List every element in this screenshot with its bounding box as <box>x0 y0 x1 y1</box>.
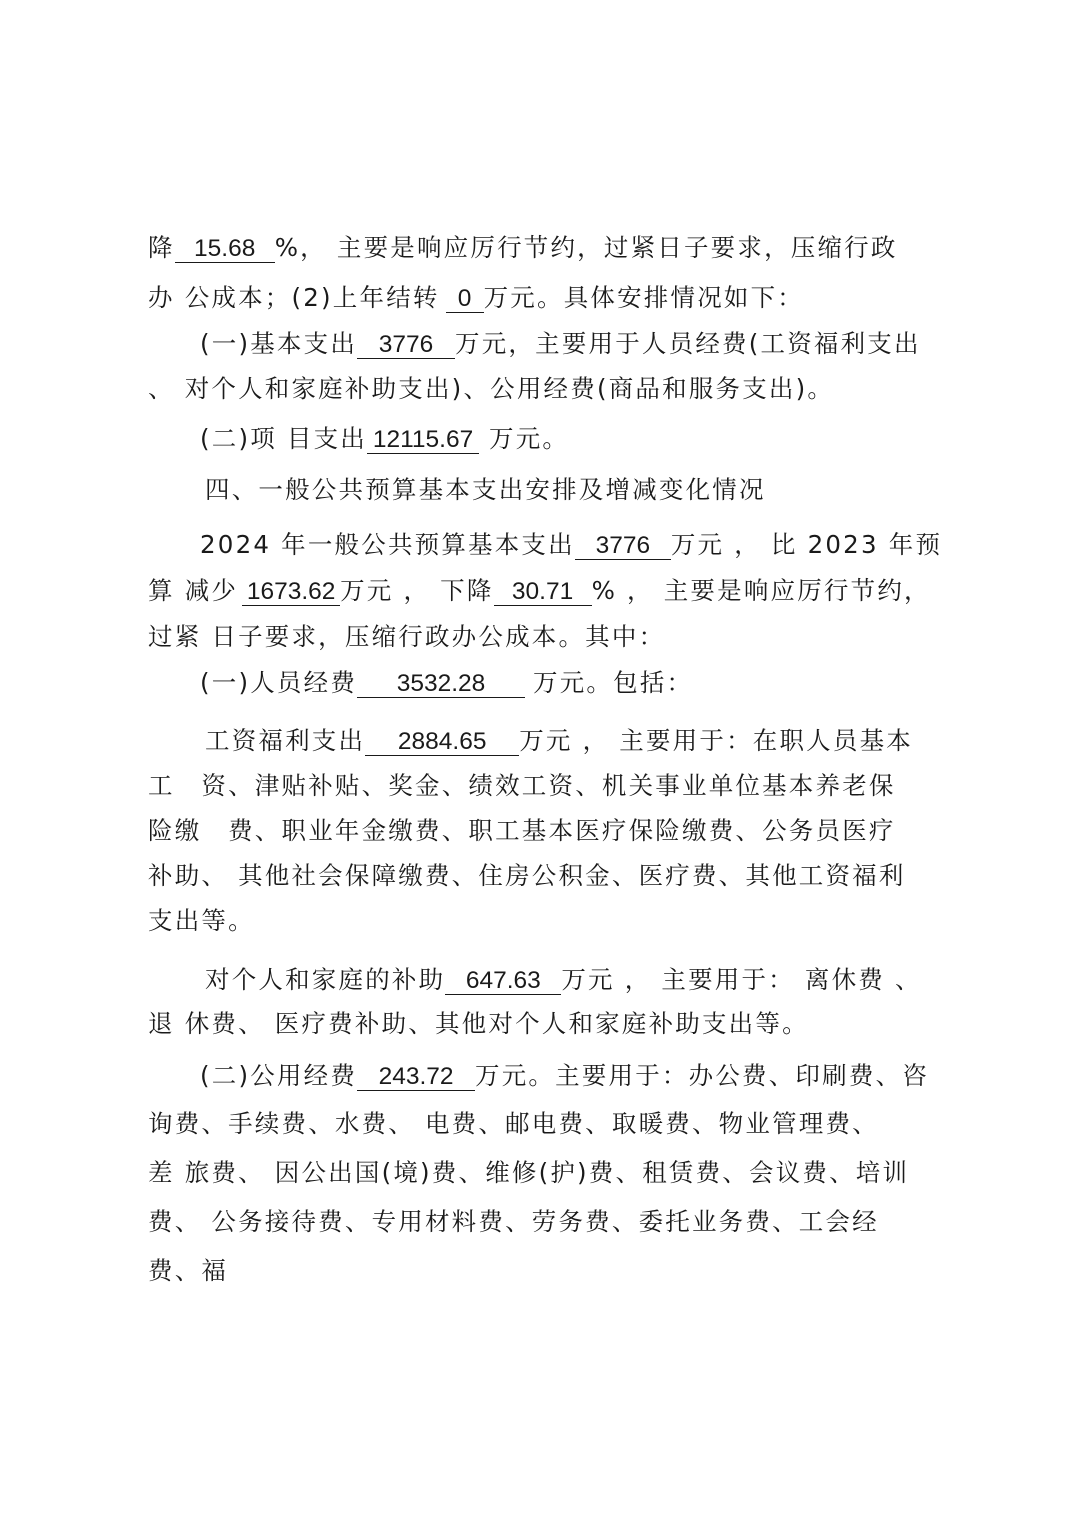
filled-blank-value: 12115.67 <box>367 426 479 454</box>
text-line: 支出等。 <box>148 905 255 937</box>
text-line: 补助、 其他社会保障缴费、住房公积金、医疗费、其他工资福利 <box>148 860 906 892</box>
text-line: 算 减少1673.62万元 ， 下降30.71% ， 主要是响应厉行节约， <box>148 575 931 607</box>
text-line: 工资福利支出2884.65万元 ， 主要用于：在职人员基本 <box>205 725 913 757</box>
section-heading: 四、一般公共预算基本支出安排及增减变化情况 <box>205 474 766 506</box>
text-segment: %， 主要是响应厉行节约，过紧日子要求，压缩行政 <box>275 233 898 262</box>
text-line: 对个人和家庭的补助647.63万元 ， 主要用于： 离休费 、 <box>205 964 922 996</box>
text-line: 、 对个人和家庭补助支出)、公用经费(商品和服务支出)。 <box>148 373 834 405</box>
filled-blank-value: 3776 <box>575 532 671 560</box>
filled-blank-value: 243.72 <box>357 1063 475 1091</box>
text-line: 费、 公务接待费、专用材料费、劳务费、委托业务费、工会经 <box>148 1206 879 1238</box>
text-segment: (一)基本支出 <box>200 329 357 358</box>
text-line: 询费、手续费、水费、 电费、邮电费、取暖费、物业管理费、 <box>148 1108 879 1140</box>
filled-blank-value: 647.63 <box>445 967 561 995</box>
text-line: (二)项 目支出12115.67万元。 <box>200 423 569 455</box>
text-segment: (一)人员经费 <box>200 668 357 697</box>
text-line: 2024 年一般公共预算基本支出3776万元 ， 比 2023 年预 <box>200 529 942 561</box>
text-line: 降15.68%， 主要是响应厉行节约，过紧日子要求，压缩行政 <box>148 232 898 264</box>
text-segment: (二)公用经费 <box>200 1061 357 1090</box>
text-line: 差 旅费、 因公出国(境)费、维修(护)费、租赁费、会议费、培训 <box>148 1157 909 1189</box>
text-segment: 退 休费、 医疗费补助、其他对个人和家庭补助支出等。 <box>148 1009 809 1038</box>
text-line: 办 公成本；(2)上年结转0万元。具体安排情况如下： <box>148 282 804 314</box>
text-segment: (二)项 目支出 <box>200 424 367 453</box>
text-segment: 万元 ， 比 2023 年预 <box>671 530 942 559</box>
text-line: 工 资、津贴补贴、奖金、绩效工资、机关事业单位基本养老保 <box>148 770 896 802</box>
text-segment: 过紧 日子要求，压缩行政办公成本。其中： <box>148 622 665 651</box>
text-segment: 万元 ， 主要用于：在职人员基本 <box>519 726 913 755</box>
text-line: 退 休费、 医疗费补助、其他对个人和家庭补助支出等。 <box>148 1008 809 1040</box>
text-segment: 万元。包括： <box>533 668 693 697</box>
filled-blank-value: 2884.65 <box>365 728 519 756</box>
text-segment: 万元，主要用于人员经费(工资福利支出 <box>455 329 921 358</box>
filled-blank-value: 15.68 <box>175 235 275 263</box>
text-line: (二)公用经费243.72万元。主要用于：办公费、印刷费、咨 <box>200 1060 929 1092</box>
text-line: 险缴 费、职业年金缴费、职工基本医疗保险缴费、公务员医疗 <box>148 815 896 847</box>
text-segment: 算 减少 <box>148 576 238 605</box>
heading-text: 四、一般公共预算基本支出安排及增减变化情况 <box>205 475 766 504</box>
text-line: (一)人员经费3532.28万元。包括： <box>200 667 693 699</box>
filled-blank-value: 1673.62 <box>242 578 340 606</box>
text-segment: 补助、 其他社会保障缴费、住房公积金、医疗费、其他工资福利 <box>148 861 906 890</box>
text-segment: 办 公成本；(2)上年结转 <box>148 283 440 312</box>
text-segment: 工 资、津贴补贴、奖金、绩效工资、机关事业单位基本养老保 <box>148 771 896 800</box>
text-segment: 工资福利支出 <box>205 726 365 755</box>
text-segment: 万元 ， 主要用于： 离休费 、 <box>561 965 921 994</box>
filled-blank-value: 30.71 <box>494 578 592 606</box>
text-segment: 万元。具体安排情况如下： <box>484 283 804 312</box>
text-segment: 2024 年一般公共预算基本支出 <box>200 530 575 559</box>
text-segment: 降 <box>148 233 175 262</box>
text-segment: 询费、手续费、水费、 电费、邮电费、取暖费、物业管理费、 <box>148 1109 879 1138</box>
text-segment: 险缴 费、职业年金缴费、职工基本医疗保险缴费、公务员医疗 <box>148 816 896 845</box>
text-segment: 万元。 <box>489 424 569 453</box>
text-segment: 万元。主要用于：办公费、印刷费、咨 <box>475 1061 929 1090</box>
filled-blank-value: 3776 <box>357 331 455 359</box>
text-segment: 对个人和家庭的补助 <box>205 965 445 994</box>
filled-blank-value: 3532.28 <box>357 670 525 698</box>
text-segment: 、 对个人和家庭补助支出)、公用经费(商品和服务支出)。 <box>148 374 834 403</box>
text-line: 过紧 日子要求，压缩行政办公成本。其中： <box>148 621 665 653</box>
text-segment: 差 旅费、 因公出国(境)费、维修(护)费、租赁费、会议费、培训 <box>148 1158 909 1187</box>
filled-blank-value: 0 <box>446 285 484 313</box>
text-segment: 费、 公务接待费、专用材料费、劳务费、委托业务费、工会经 <box>148 1207 879 1236</box>
text-line: 费、福 <box>148 1255 228 1287</box>
text-segment: 万元 ， 下降 <box>340 576 493 605</box>
text-line: (一)基本支出3776万元，主要用于人员经费(工资福利支出 <box>200 328 921 360</box>
text-segment: 费、福 <box>148 1256 228 1285</box>
text-segment: 支出等。 <box>148 906 255 935</box>
text-segment: % ， 主要是响应厉行节约， <box>592 576 931 605</box>
